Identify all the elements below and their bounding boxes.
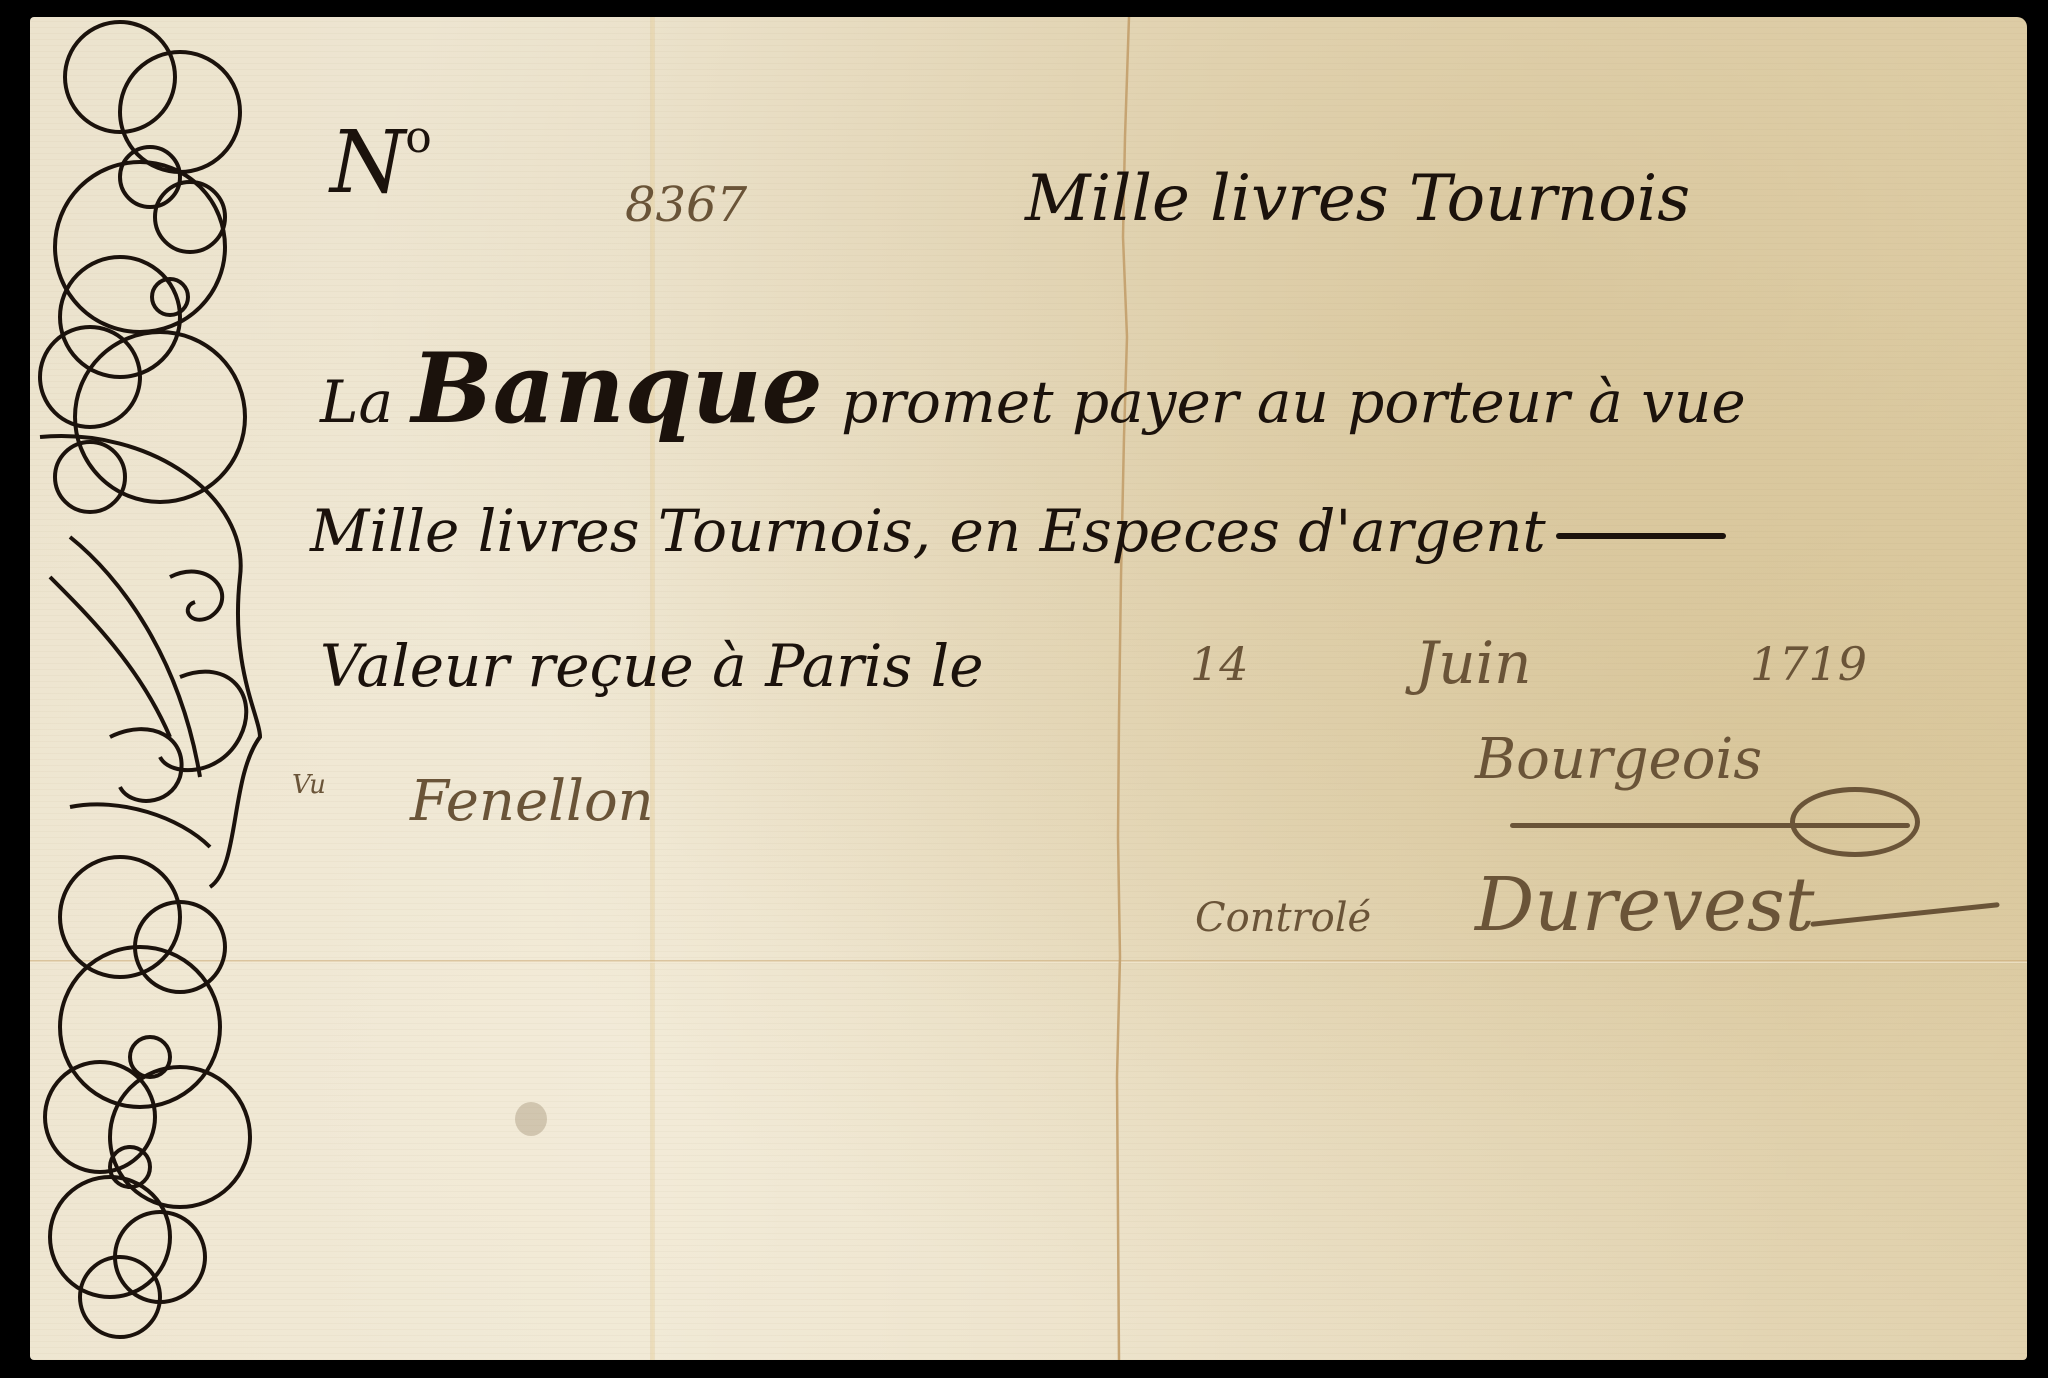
date-year: 1719	[1750, 637, 1867, 691]
date-month: Juin	[1415, 629, 1532, 697]
signature-paraph-loop	[1790, 787, 1920, 857]
article: La	[320, 368, 393, 436]
number-label: No	[330, 112, 432, 213]
serial-number: 8367	[625, 177, 747, 233]
body-line-3: Valeur reçue à Paris le	[320, 632, 984, 700]
signature-fenellon: Fenellon	[410, 769, 654, 834]
bank-word: Banque	[412, 332, 823, 445]
line-end-flourish	[1556, 533, 1726, 539]
body-line-1: La Banque promet payer au porteur à vue	[320, 332, 1746, 445]
amount-text: Mille livres Tournois, en Especes d'arge…	[310, 497, 1546, 565]
signature-bourgeois: Bourgeois	[1475, 727, 1762, 792]
date-day: 14	[1190, 637, 1249, 691]
ink-stain	[515, 1102, 547, 1136]
controle-label: Controlé	[1195, 895, 1371, 941]
horizontal-fold	[30, 960, 2027, 963]
vu-label: Vu	[292, 770, 326, 800]
body-line-2: Mille livres Tournois, en Especes d'arge…	[310, 497, 1726, 565]
signature-durevest: Durevest	[1475, 862, 1814, 948]
banknote: No 8367 Mille livres Tournois La Banque …	[30, 17, 2027, 1360]
promise-text: promet payer au porteur à vue	[841, 368, 1746, 436]
calligraphic-border-ornament	[30, 17, 270, 1360]
denomination-heading: Mille livres Tournois	[1025, 162, 1690, 236]
